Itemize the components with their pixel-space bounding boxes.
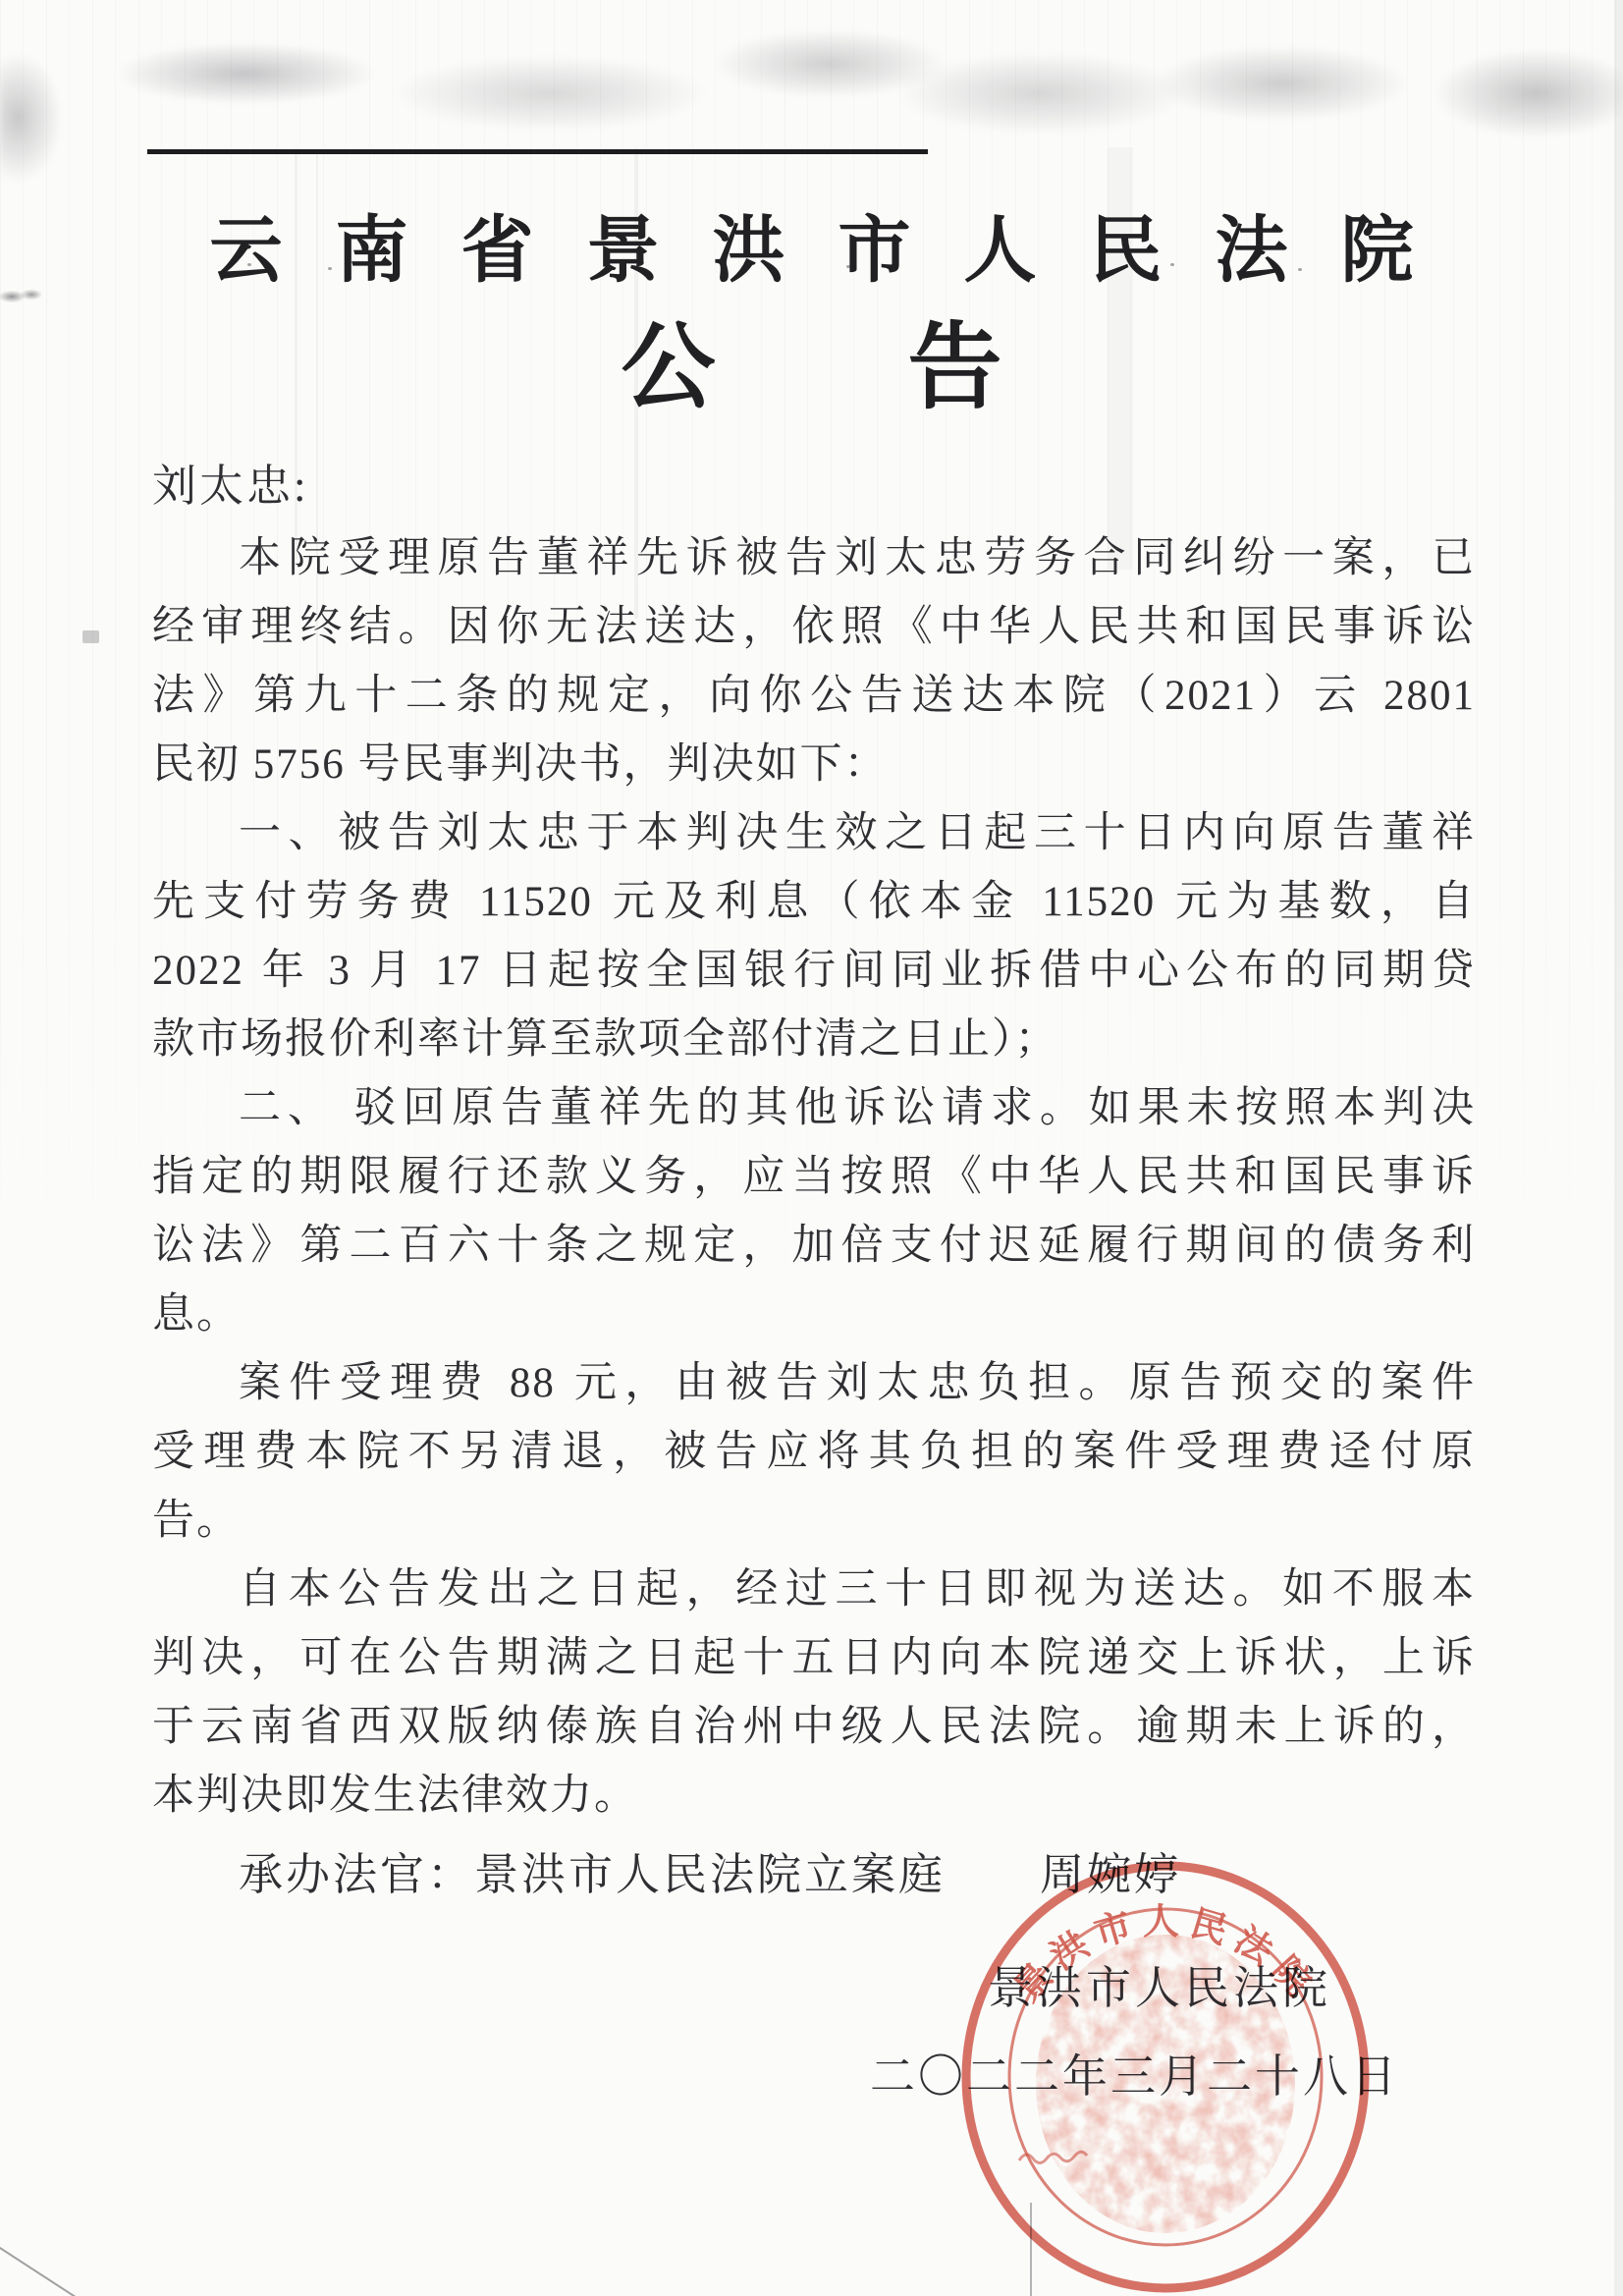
body-line: 于云南省西双版纳傣族自治州中级人民法院。逾期未上诉的， — [152, 1693, 1476, 1762]
body-line: 经审理终结。因你无法送达，依照《中华人民共和国民事诉讼 — [152, 593, 1476, 662]
body-line: 息。 — [152, 1281, 1476, 1349]
body-line: 一、被告刘太忠于本判决生效之日起三十日内向原告董祥 — [152, 799, 1476, 868]
court-title: 云南省景洪市人民法院 — [0, 192, 1623, 297]
body-line: 本院受理原告董祥先诉被告刘太忠劳务合同纠纷一案，已 — [152, 524, 1476, 593]
body-line: 讼法》第二百六十条之规定，加倍支付迟延履行期间的债务利 — [152, 1212, 1476, 1281]
recipient-name: 刘太忠: — [152, 450, 309, 514]
body-line: 本判决即发生法律效力。 — [152, 1762, 1476, 1831]
body-line: 2022 年 3 月 17 日起按全国银行间同业拆借中心公布的同期贷 — [152, 937, 1476, 1006]
body-line: 告。 — [152, 1487, 1476, 1556]
body-line: 指定的期限履行还款义务，应当按照《中华人民共和国民事诉 — [152, 1143, 1476, 1212]
seal-emblem-texture — [1036, 1935, 1295, 2233]
notice-body: 本院受理原告董祥先诉被告刘太忠劳务合同纠纷一案，已 经审理终结。因你无法送达，依… — [152, 524, 1476, 1831]
body-line: 判决，可在公告期满之日起十五日内向本院递交上诉状，上诉 — [152, 1624, 1476, 1693]
scan-edge-mark — [82, 630, 99, 643]
header-rule — [147, 149, 928, 154]
body-line: 受理费本院不另清退，被告应将其负担的案件受理费迳付原 — [152, 1418, 1476, 1487]
body-line: 案件受理费 88 元，由被告刘太忠负担。原告预交的案件 — [152, 1349, 1476, 1418]
body-line: 法》第九十二条的规定，向你公告送达本院（2021）云 2801 — [152, 662, 1476, 731]
body-line: 民初 5756 号民事判决书，判决如下： — [152, 731, 1476, 799]
scan-corner-line — [0, 2243, 81, 2296]
body-line: 先支付劳务费 11520 元及利息（依本金 11520 元为基数，自 — [152, 868, 1476, 937]
notice-title: 公告 — [0, 293, 1623, 427]
court-seal: 景洪市人民法院 — [948, 1850, 1382, 2296]
body-line: 自本公告发出之日起，经过三十日即视为送达。如不服本 — [152, 1556, 1476, 1624]
body-line: 款市场报价利率计算至款项全部付清之日止）； — [152, 1006, 1476, 1074]
body-line: 二、 驳回原告董祥先的其他诉讼请求。如果未按照本判决 — [152, 1074, 1476, 1143]
scanned-court-notice-page: 云南省景洪市人民法院 公告 刘太忠: 本院受理原告董祥先诉被告刘太忠劳务合同纠纷… — [0, 0, 1623, 2296]
